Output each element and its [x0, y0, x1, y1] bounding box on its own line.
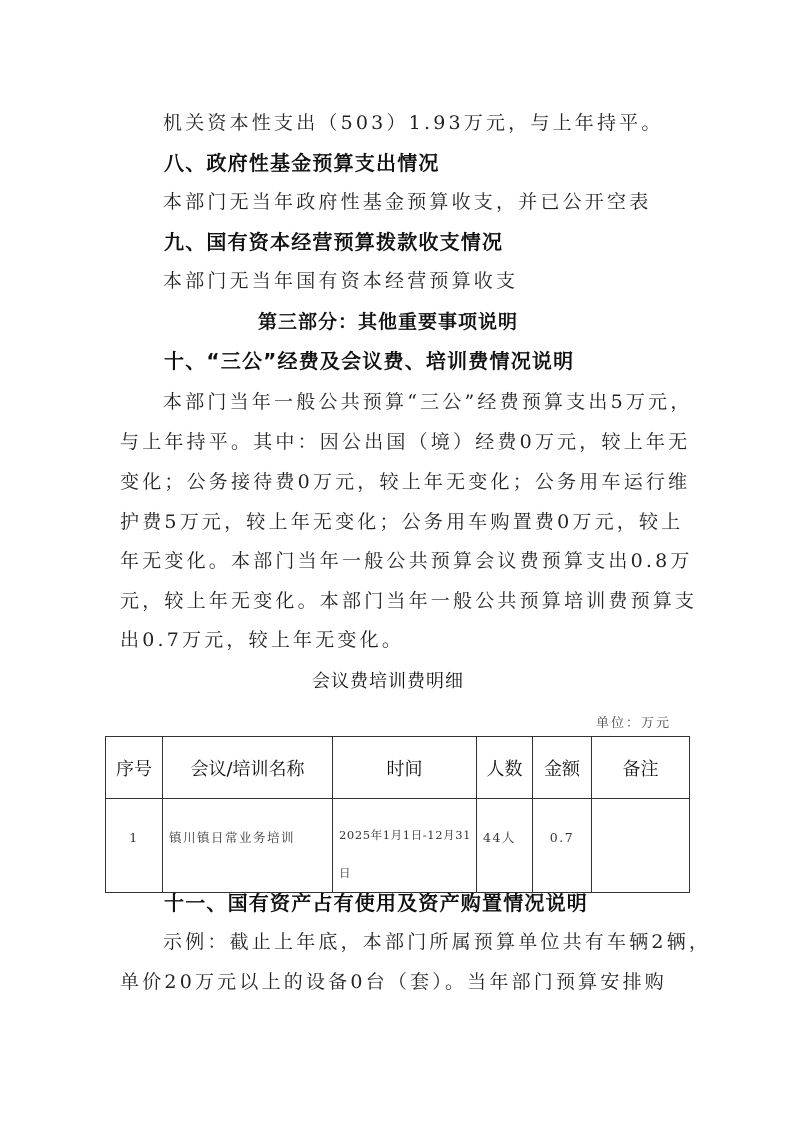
table-row: 1 镇川镇日常业务培训 2025年1月1日-12月31日 44人 0.7 — [106, 799, 690, 893]
cell-time-text: 2025年1月1日-12月31日 — [333, 799, 476, 892]
section-11-line: 示例：截止上年底，本部门所属预算单位共有车辆2辆， — [163, 930, 711, 954]
cell-amount-text: 0.7 — [533, 799, 591, 856]
meeting-training-fee-table: 序号 会议/培训名称 时间 人数 金额 备注 1 镇川镇日常业务培训 2025年… — [105, 736, 690, 893]
heading-section-9: 九、国有资本经营预算拨款收支情况 — [164, 230, 503, 254]
cell-index-text: 1 — [106, 799, 162, 856]
cell-people: 44人 — [477, 799, 533, 893]
cell-note-text — [592, 799, 689, 820]
column-header-note: 备注 — [592, 737, 690, 799]
section-10-line: 与上年持平。其中：因公出国（境）经费0万元，较上年无 — [120, 430, 690, 454]
cell-note — [592, 799, 690, 893]
section-10-line: 变化；公务接待费0万元，较上年无变化；公务用车运行维 — [120, 470, 690, 494]
section-11-line: 单价20万元以上的设备0台（套）。当年部门预算安排购 — [120, 970, 667, 994]
table-title: 会议费培训费明细 — [312, 670, 464, 694]
cell-people-text: 44人 — [477, 799, 532, 856]
paragraph-section-9: 本部门无当年国有资本经营预算收支 — [163, 269, 518, 293]
cell-name-text: 镇川镇日常业务培训 — [163, 799, 332, 856]
column-header-time: 时间 — [333, 737, 477, 799]
heading-section-11: 十一、国有资产占有使用及资产购置情况说明 — [164, 891, 588, 915]
table-unit-label: 单位：万元 — [596, 712, 671, 736]
section-10-line: 本部门当年一般公共预算“三公”经费预算支出5万元， — [163, 390, 693, 414]
cell-amount: 0.7 — [533, 799, 592, 893]
column-header-amount: 金额 — [533, 737, 592, 799]
paragraph-section-8: 本部门无当年政府性基金预算收支，并已公开空表 — [163, 190, 651, 214]
heading-section-10: 十、“三公”经费及会议费、培训费情况说明 — [164, 349, 574, 373]
part-three-title: 第三部分：其他重要事项说明 — [258, 310, 518, 334]
section-10-line: 元，较上年无变化。本部门当年一般公共预算培训费预算支 — [120, 589, 697, 613]
section-10-line: 护费5万元，较上年无变化；公务用车购置费0万元，较上 — [120, 510, 683, 534]
paragraph-capital-expenditure: 机关资本性支出（503）1.93万元，与上年持平。 — [163, 111, 664, 135]
column-header-name: 会议/培训名称 — [163, 737, 333, 799]
section-10-line: 出0.7万元，较上年无变化。 — [120, 628, 404, 652]
cell-time: 2025年1月1日-12月31日 — [333, 799, 477, 893]
column-header-index: 序号 — [106, 737, 163, 799]
table-header-row: 序号 会议/培训名称 时间 人数 金额 备注 — [106, 737, 690, 799]
section-10-line: 年无变化。本部门当年一般公共预算会议费预算支出0.8万 — [120, 549, 693, 573]
column-header-people: 人数 — [477, 737, 533, 799]
cell-index: 1 — [106, 799, 163, 893]
cell-name: 镇川镇日常业务培训 — [163, 799, 333, 893]
heading-section-8: 八、政府性基金预算支出情况 — [164, 151, 440, 175]
